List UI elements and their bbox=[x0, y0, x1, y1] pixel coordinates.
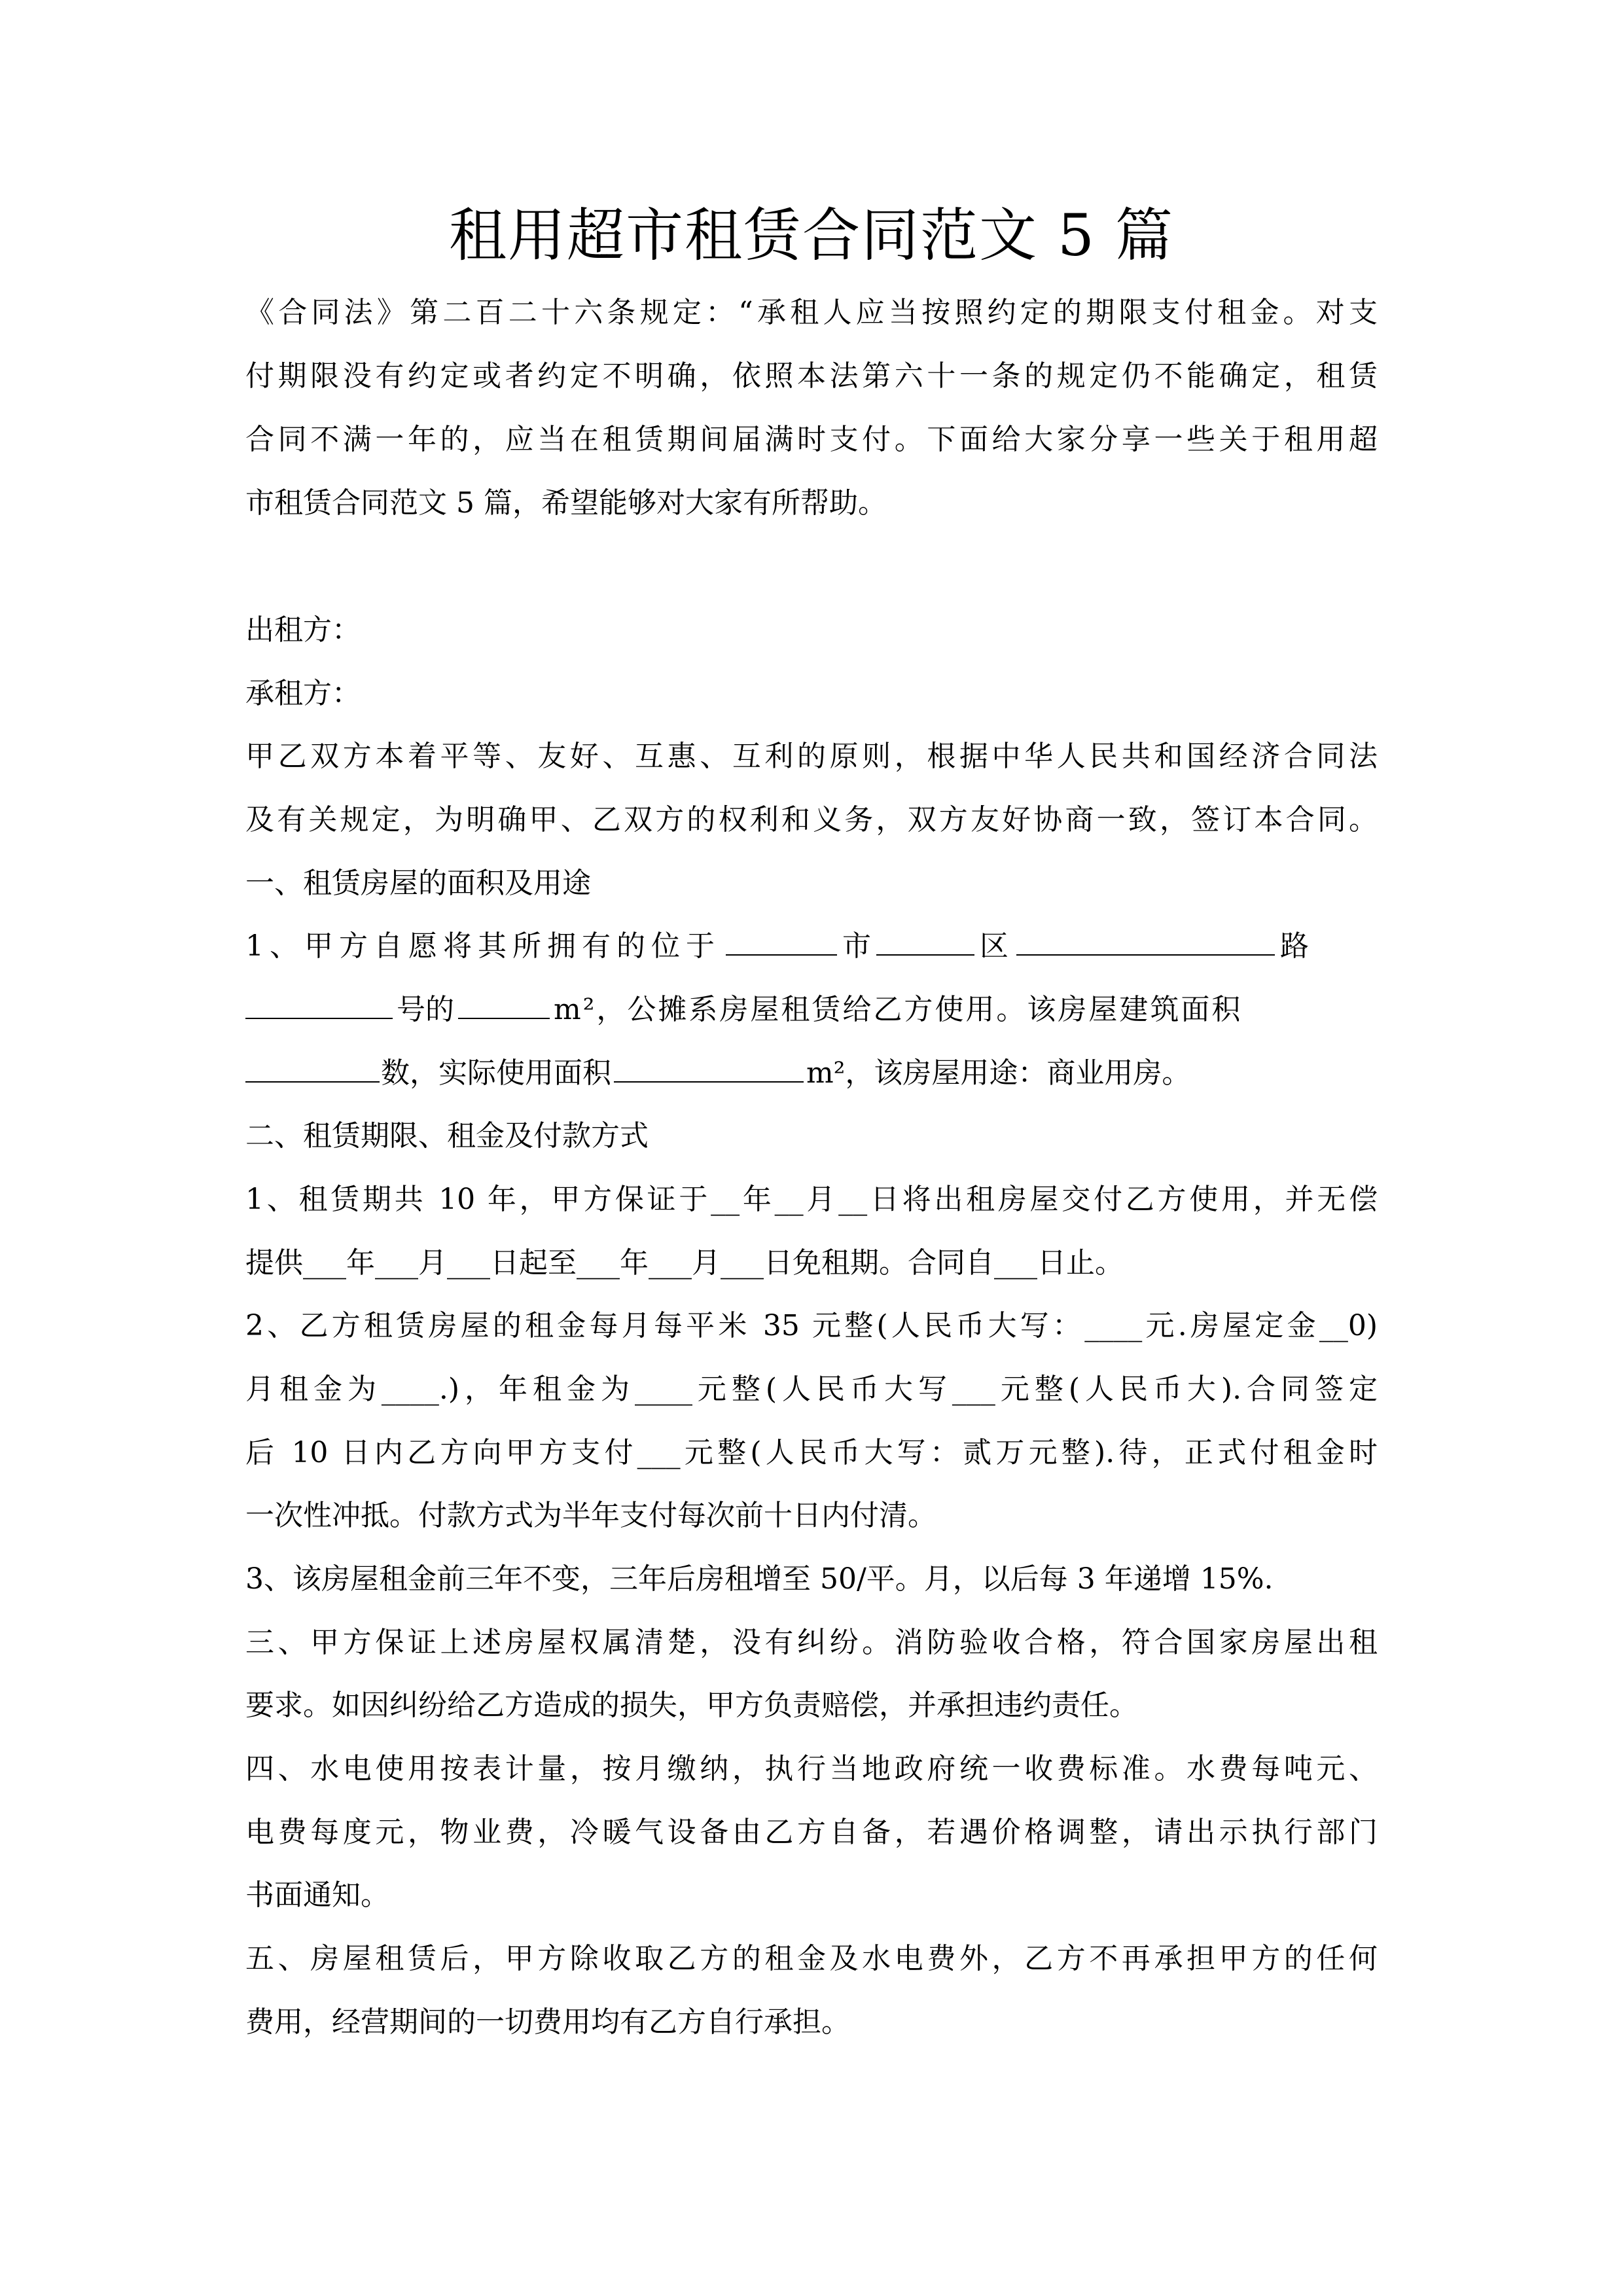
intro-line-2: 付期限没有约定或者约定不明确，依照本法第六十一条的规定仍不能确定，租赁 bbox=[245, 357, 1378, 396]
section4-line-2: 电费每度元，物业费，冷暖气设备由乙方自备，若遇价格调整，请出示执行部门 bbox=[245, 1813, 1378, 1852]
lessor-label: 出租方： bbox=[245, 611, 1378, 650]
section2-heading: 二、租赁期限、租金及付款方式 bbox=[245, 1117, 1378, 1156]
section5-line-1: 五、房屋租赁后，甲方除收取乙方的租金及水电费外，乙方不再承担甲方的任何 bbox=[245, 1939, 1378, 1979]
city-label: 市 bbox=[842, 927, 871, 966]
section2-item1-line2: 提供___年___月___日起至___年___月___日免租期。合同自___日止… bbox=[245, 1244, 1378, 1283]
number-blank[interactable] bbox=[245, 992, 393, 1019]
lessee-label: 承租方： bbox=[245, 674, 1378, 713]
section1-heading: 一、租赁房屋的面积及用途 bbox=[245, 864, 1378, 903]
section2-item2-line1: 2、乙方租赁房屋的租金每月每平米 35 元整(人民币大写：____元.房屋定金_… bbox=[245, 1306, 1378, 1346]
section4-line-3: 书面通知。 bbox=[245, 1876, 1378, 1915]
document-page: 租用超市租赁合同范文 5 篇 《合同法》第二百二十六条规定：“承租人应当按照约定… bbox=[0, 0, 1623, 2296]
intro-line-1: 《合同法》第二百二十六条规定：“承租人应当按照约定的期限支付租金。对支 bbox=[245, 293, 1378, 332]
section2-item2-line4: 一次性冲抵。付款方式为半年支付每次前十日内付清。 bbox=[245, 1496, 1378, 1535]
usable-area-blank[interactable] bbox=[614, 1055, 804, 1083]
city-blank[interactable] bbox=[726, 928, 837, 956]
preamble-line-2: 及有关规定，为明确甲、乙双方的权利和义务，双方友好协商一致，签订本合同。 bbox=[245, 800, 1378, 840]
usage-text: m²，该房屋用途：商业用房。 bbox=[806, 1054, 1190, 1093]
road-label: 路 bbox=[1280, 927, 1309, 966]
section5-line-2: 费用，经营期间的一切费用均有乙方自行承担。 bbox=[245, 2003, 1378, 2042]
document-title: 租用超市租赁合同范文 5 篇 bbox=[0, 196, 1623, 275]
section2-item2-line2: 月租金为____.)，年租金为____元整(人民币大写___元整(人民币大).合… bbox=[245, 1370, 1378, 1409]
section2-item2-line3: 后 10 日内乙方向甲方支付___元整(人民币大写：贰万元整).待，正式付租金时 bbox=[245, 1433, 1378, 1473]
section1-item1-line2: 号的 m²，公摊系房屋租赁给乙方使用。该房屋建筑面积 bbox=[245, 990, 1378, 1030]
section3-line-2: 要求。如因纠纷给乙方造成的损失，甲方负责赔偿，并承担违约责任。 bbox=[245, 1686, 1378, 1725]
area-text: m²，公摊系房屋租赁给乙方使用。该房屋建筑面积 bbox=[554, 990, 1242, 1030]
section3-line-1: 三、甲方保证上述房屋权属清楚，没有纠纷。消防验收合格，符合国家房屋出租 bbox=[245, 1623, 1378, 1662]
intro-line-4: 市租赁合同范文 5 篇，希望能够对大家有所帮助。 bbox=[245, 484, 1378, 523]
district-blank[interactable] bbox=[876, 928, 974, 956]
section1-item1-line1: 1、甲方自愿将其所拥有的位于 市 区 路 bbox=[245, 927, 1378, 966]
section4-line-1: 四、水电使用按表计量，按月缴纳，执行当地政府统一收费标准。水费每吨元、 bbox=[245, 1749, 1378, 1789]
number-label: 号的 bbox=[397, 990, 454, 1030]
intro-line-3: 合同不满一年的，应当在租赁期间届满时支付。下面给大家分享一些关于租用超 bbox=[245, 420, 1378, 459]
section2-item3: 3、该房屋租金前三年不变，三年后房租增至 50/平。月，以后每 3 年递增 15… bbox=[245, 1560, 1378, 1599]
area-blank[interactable] bbox=[458, 992, 550, 1019]
building-area-blank[interactable] bbox=[245, 1055, 380, 1083]
district-label: 区 bbox=[980, 927, 1008, 966]
road-blank[interactable] bbox=[1016, 928, 1275, 956]
section1-item1-line3: 数，实际使用面积 m²，该房屋用途：商业用房。 bbox=[245, 1054, 1378, 1093]
usable-area-label: 数，实际使用面积 bbox=[381, 1054, 611, 1093]
preamble-line-1: 甲乙双方本着平等、友好、互惠、互利的原则，根据中华人民共和国经济合同法 bbox=[245, 737, 1378, 776]
section2-item1-line1: 1、租赁期共 10 年，甲方保证于__年__月__日将出租房屋交付乙方使用，并无… bbox=[245, 1180, 1378, 1219]
location-prefix: 1、甲方自愿将其所拥有的位于 bbox=[245, 927, 721, 966]
